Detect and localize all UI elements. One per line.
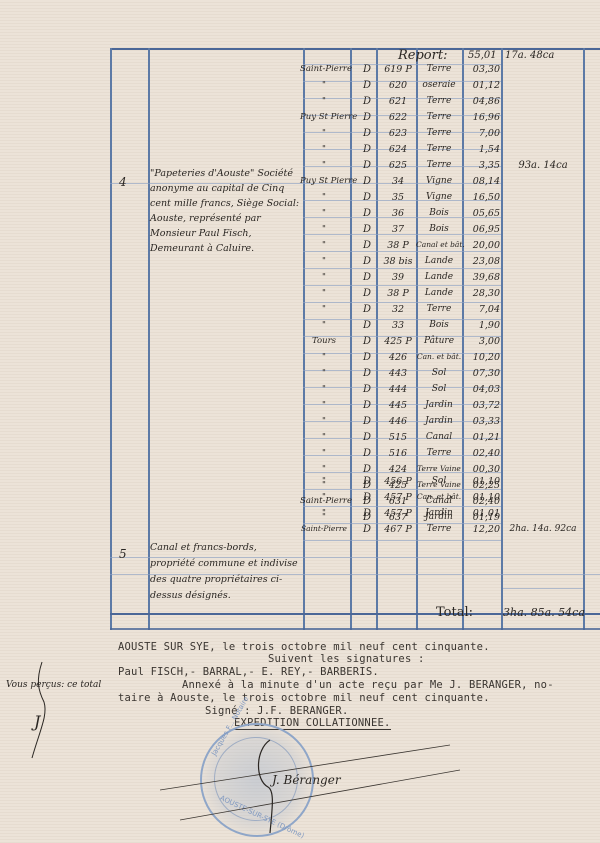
table-row: Puy St PierreD622Terre16,96 bbox=[110, 112, 600, 129]
table-row: "D457 PCan. et bât.01,10 bbox=[110, 492, 600, 509]
table-row: "D444Sol04,03 bbox=[110, 384, 600, 401]
table-row: "D515Canal01,21 bbox=[110, 432, 600, 449]
attestation-signed: Signé : J.F. BERANGER. bbox=[205, 705, 348, 717]
table-row: "D621Terre04,86 bbox=[110, 96, 600, 113]
document-page: Report: 55,01 17a. 48ca Saint-PierreD619… bbox=[0, 0, 600, 843]
table-row: "D624Terre1,54 bbox=[110, 144, 600, 161]
table-row: "D457 PJardin01,01 bbox=[110, 508, 600, 525]
parcel-rows: Saint-PierreD619 PTerre03,30 "D620oserai… bbox=[110, 64, 600, 524]
table-bottom-border-2 bbox=[110, 628, 600, 630]
margin-stroke-icon bbox=[28, 660, 58, 760]
table-row: "D623Terre7,00 bbox=[110, 128, 600, 145]
report-total: 17a. 48ca bbox=[505, 50, 554, 61]
owner-index: 5 bbox=[119, 547, 127, 561]
attestation-annex: Annexé à la minute d'un acte reçu par Me… bbox=[182, 679, 554, 691]
owner-index: 4 bbox=[119, 175, 127, 189]
table-row: "D620oseraie01,12 bbox=[110, 80, 600, 97]
table-row: "D446Jardin03,33 bbox=[110, 416, 600, 433]
owner-description: Canal et francs-bords, propriété commune… bbox=[150, 540, 300, 604]
table-row: "D33Bois1,90 bbox=[110, 320, 600, 337]
total-value: 3ha. 85a. 54ca bbox=[503, 606, 585, 619]
attestation-annex-cont: taire à Aouste, le trois octobre mil neu… bbox=[118, 692, 490, 704]
total-label: Total: bbox=[436, 605, 473, 620]
table-row: ToursD425 PPâture3,00 bbox=[110, 336, 600, 353]
table-row: Saint-PierreD619 PTerre03,30 bbox=[110, 64, 600, 81]
table-row: Saint-PierreD467 PTerre12,202ha. 14a. 92… bbox=[110, 524, 600, 541]
table-row: "D443Sol07,30 bbox=[110, 368, 600, 385]
subtotal: 2ha. 14a. 92ca bbox=[504, 524, 582, 534]
table-row: "D426Can. et bât.10,20 bbox=[110, 352, 600, 369]
report-label: Report: bbox=[398, 48, 447, 63]
table-row: "D39Lande39,68 bbox=[110, 272, 600, 289]
report-area: 55,01 bbox=[468, 50, 497, 61]
table-row: "D456 PSol01,10 bbox=[110, 476, 600, 493]
attestation-signatories: Paul FISCH,- BARRAL,- E. REY,- BARBERIS. bbox=[118, 666, 379, 678]
attestation-signatures-heading: Suivent les signatures : bbox=[268, 653, 425, 665]
notary-signature: J. Béranger bbox=[272, 773, 341, 787]
table-row: "D32Terre7,04 bbox=[110, 304, 600, 321]
owner-description: "Papeteries d'Aouste" Société anonyme au… bbox=[150, 166, 300, 256]
table-row: "D38 bisLande23,08 bbox=[110, 256, 600, 273]
table-row: "D38 PLande28,30 bbox=[110, 288, 600, 305]
subtotal: 93a. 14ca bbox=[504, 160, 582, 171]
table-row: "D445Jardin03,72 bbox=[110, 400, 600, 417]
attestation-place-date: AOUSTE SUR SYE, le trois octobre mil neu… bbox=[118, 641, 490, 653]
